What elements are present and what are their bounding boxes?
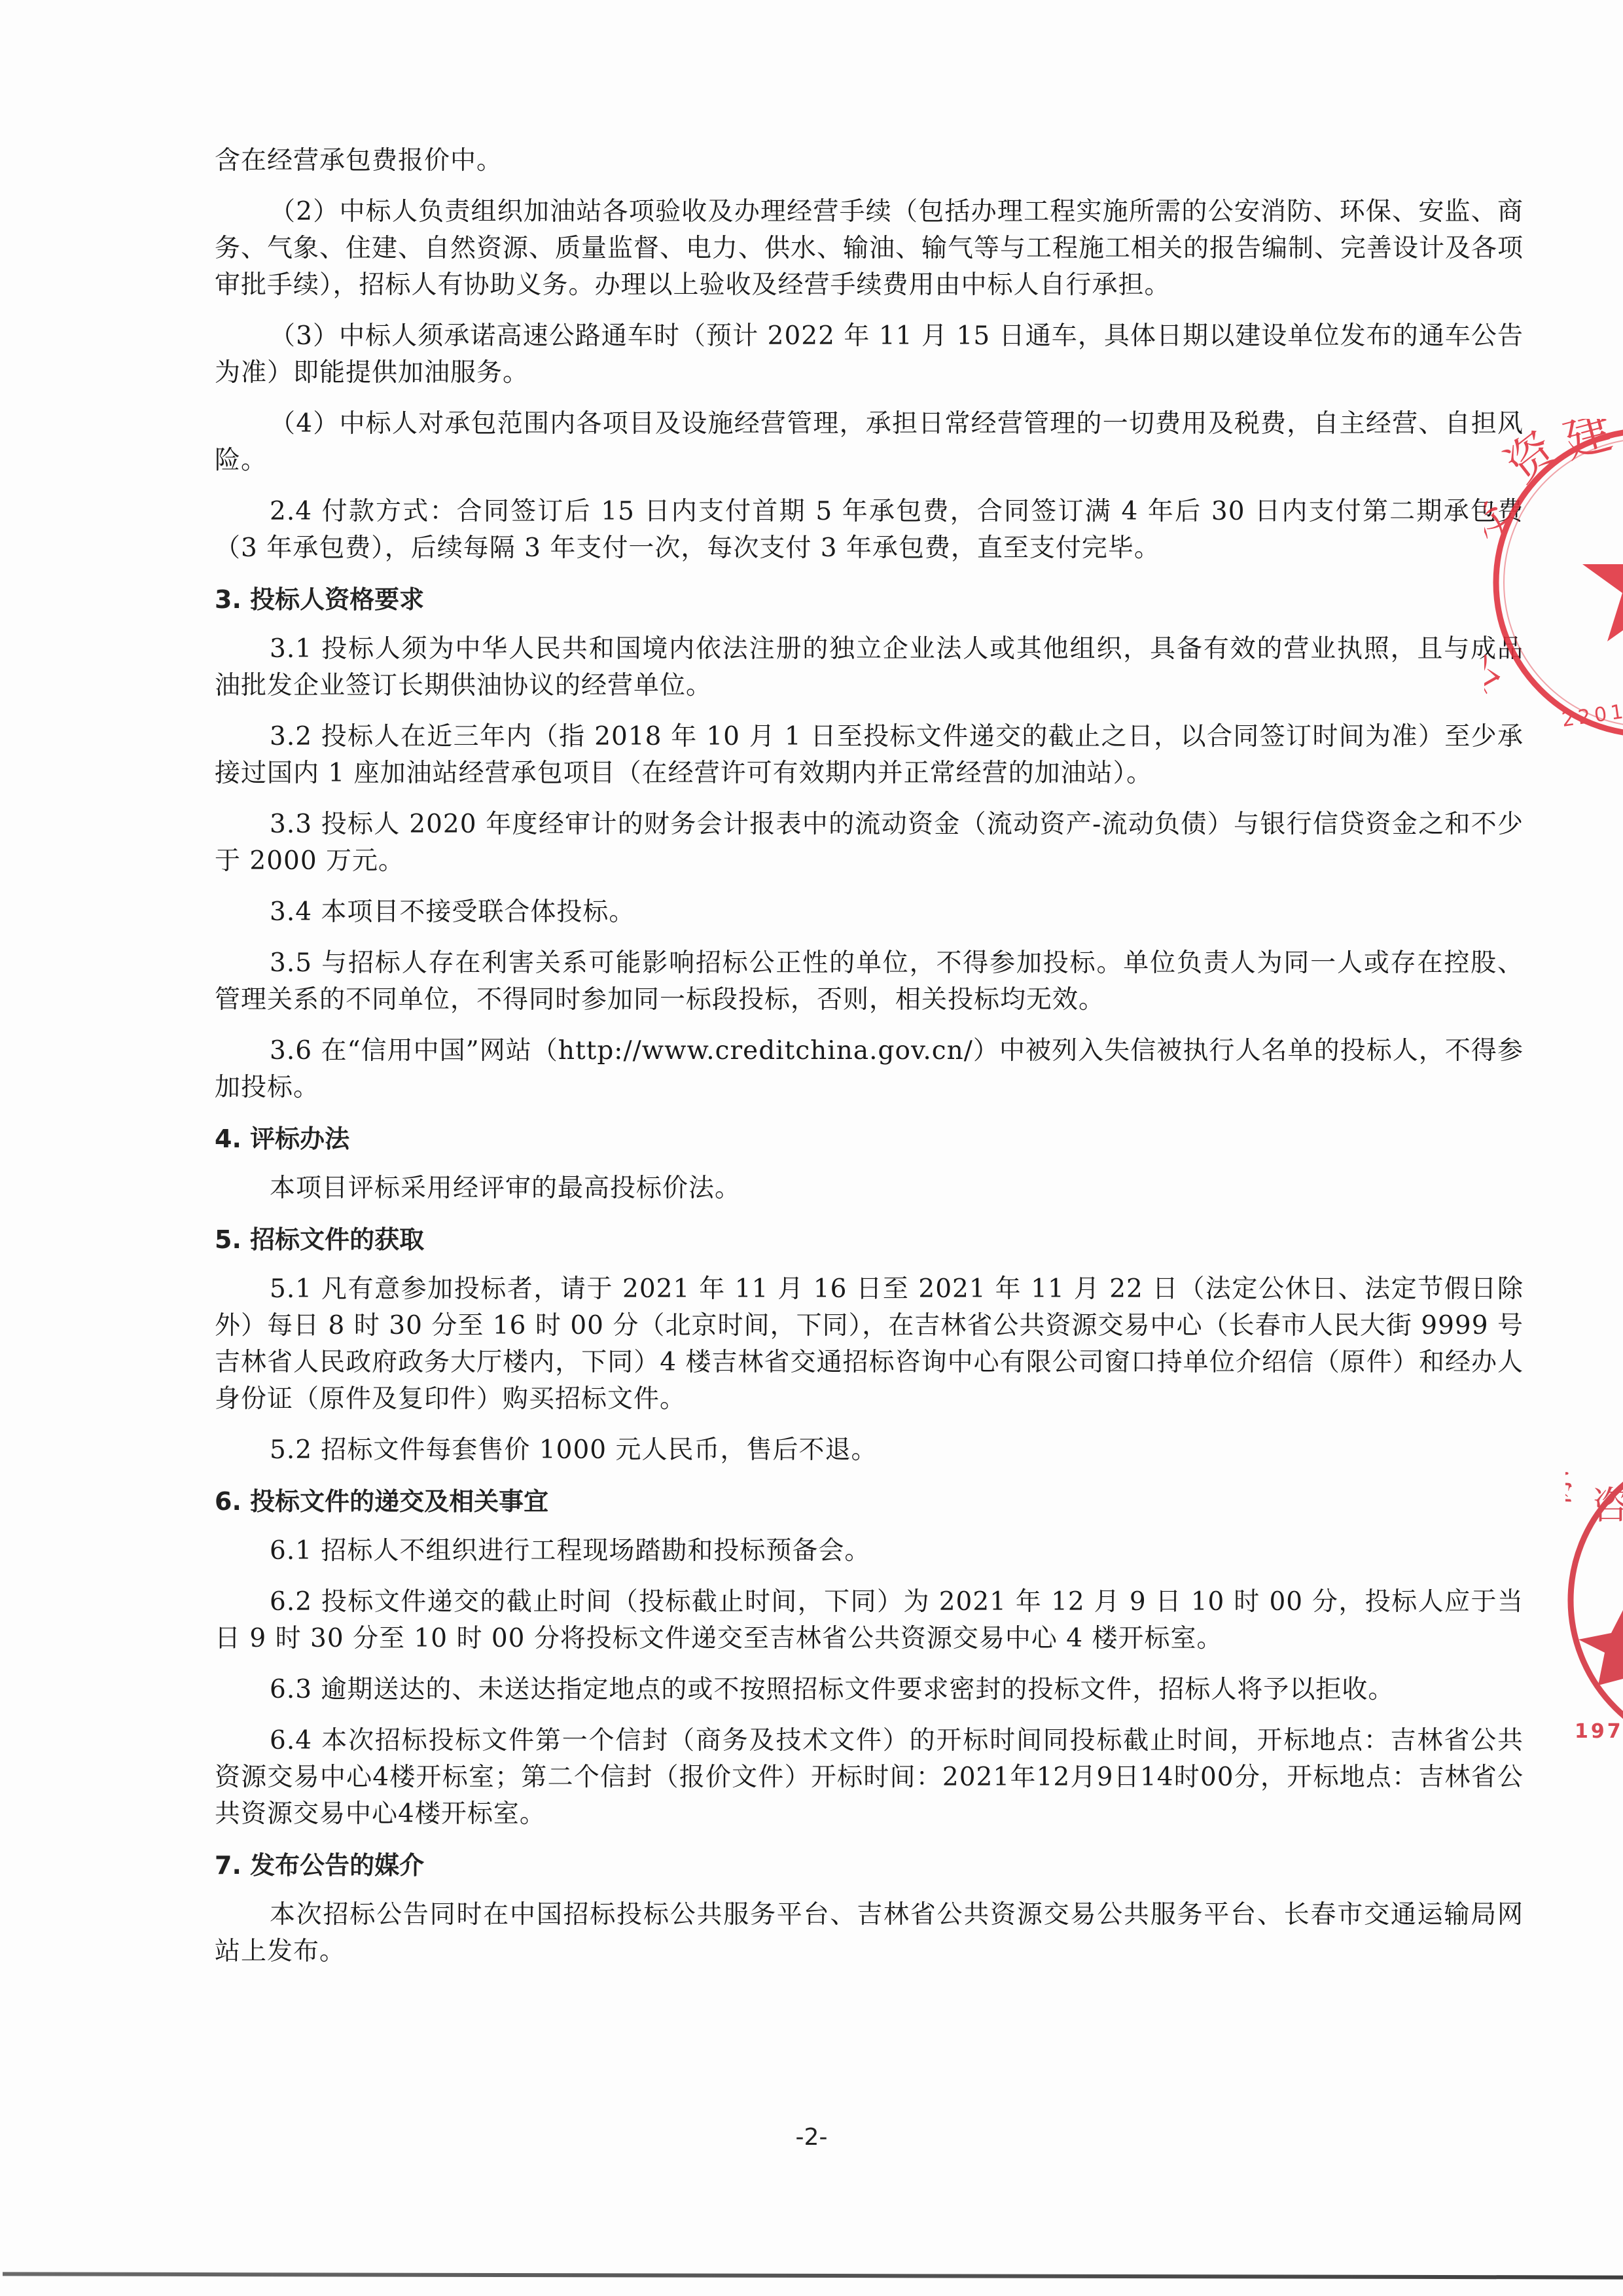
svg-text:2201: 2201 — [1560, 700, 1623, 732]
paragraph: （2）中标人负责组织加油站各项验收及办理经营手续（包括办理工程实施所需的公安消防… — [215, 194, 1524, 304]
paragraph: 6.4 本次招标投标文件第一个信封（商务及技术文件）的开标时间同投标截止时间，开… — [215, 1723, 1524, 1833]
scan-edge-line — [3, 2272, 1623, 2279]
paragraph: （3）中标人须承诺高速公路通车时（预计 2022 年 11 月 15 日通车，具… — [215, 318, 1524, 391]
document-page: 含在经营承包费报价中。（2）中标人负责组织加油站各项验收及办理经营手续（包括办理… — [0, 0, 1623, 2296]
paragraph: 5.1 凡有意参加投标者，请于 2021 年 11 月 16 日至 2021 年… — [215, 1271, 1524, 1418]
official-seal-bottom: 标 咨 1972 — [1565, 1437, 1623, 1764]
paragraph: 6.1 招标人不组织进行工程现场踏勘和投标预备会。 — [215, 1533, 1524, 1570]
paragraph: 3.5 与招标人存在利害关系可能影响招标公正性的单位，不得参加投标。单位负责人为… — [215, 945, 1524, 1018]
paragraph: 3.3 投标人 2020 年度经审计的财务会计报表中的流动资金（流动资产-流动负… — [215, 806, 1524, 880]
section-heading: 3. 投标人资格要求 — [215, 581, 1524, 618]
svg-text:标: 标 — [1565, 1468, 1578, 1509]
paragraph: 5.2 招标文件每套售价 1000 元人民币，售后不退。 — [215, 1432, 1524, 1469]
svg-text:咨: 咨 — [1592, 1483, 1623, 1528]
paragraph: 6.2 投标文件递交的截止时间（投标截止时间，下同）为 2021 年 12 月 … — [215, 1584, 1524, 1657]
paragraph: 3.1 投标人须为中华人民共和国境内依法注册的独立企业法人或其他组织，具备有效的… — [215, 631, 1524, 704]
paragraph: 含在经营承包费报价中。 — [215, 143, 1524, 179]
paragraph: 6.3 逾期送达的、未送达指定地点的或不按照招标文件要求密封的投标文件，招标人将… — [215, 1672, 1524, 1708]
document-body: 含在经营承包费报价中。（2）中标人负责组织加油站各项验收及办理经营手续（包括办理… — [215, 143, 1524, 1984]
paragraph: 3.4 本项目不接受联合体投标。 — [215, 894, 1524, 931]
seal-char-jian: 建 — [1558, 419, 1618, 469]
paragraph: 本项目评标采用经评审的最高投标价法。 — [215, 1170, 1524, 1207]
page-number: -2- — [0, 2124, 1623, 2151]
paragraph: 本次招标公告同时在中国招标投标公共服务平台、吉林省公共资源交易公共服务平台、长春… — [215, 1897, 1524, 1970]
svg-text:1972: 1972 — [1575, 1720, 1623, 1743]
section-heading: 7. 发布公告的媒介 — [215, 1847, 1524, 1884]
section-heading: 6. 投标文件的递交及相关事宜 — [215, 1483, 1524, 1520]
paragraph: 3.2 投标人在近三年内（指 2018 年 10 月 1 日至投标文件递交的截止… — [215, 719, 1524, 792]
section-heading: 4. 评标办法 — [215, 1121, 1524, 1157]
paragraph: （4）中标人对承包范围内各项目及设施经营管理，承担日常经营管理的一切费用及税费，… — [215, 406, 1524, 479]
paragraph: 2.4 付款方式：合同签订后 15 日内支付首期 5 年承包费，合同签订满 4 … — [215, 493, 1524, 567]
section-heading: 5. 招标文件的获取 — [215, 1221, 1524, 1258]
paragraph: 3.6 在“信用中国”网站（http://www.creditchina.gov… — [215, 1033, 1524, 1106]
